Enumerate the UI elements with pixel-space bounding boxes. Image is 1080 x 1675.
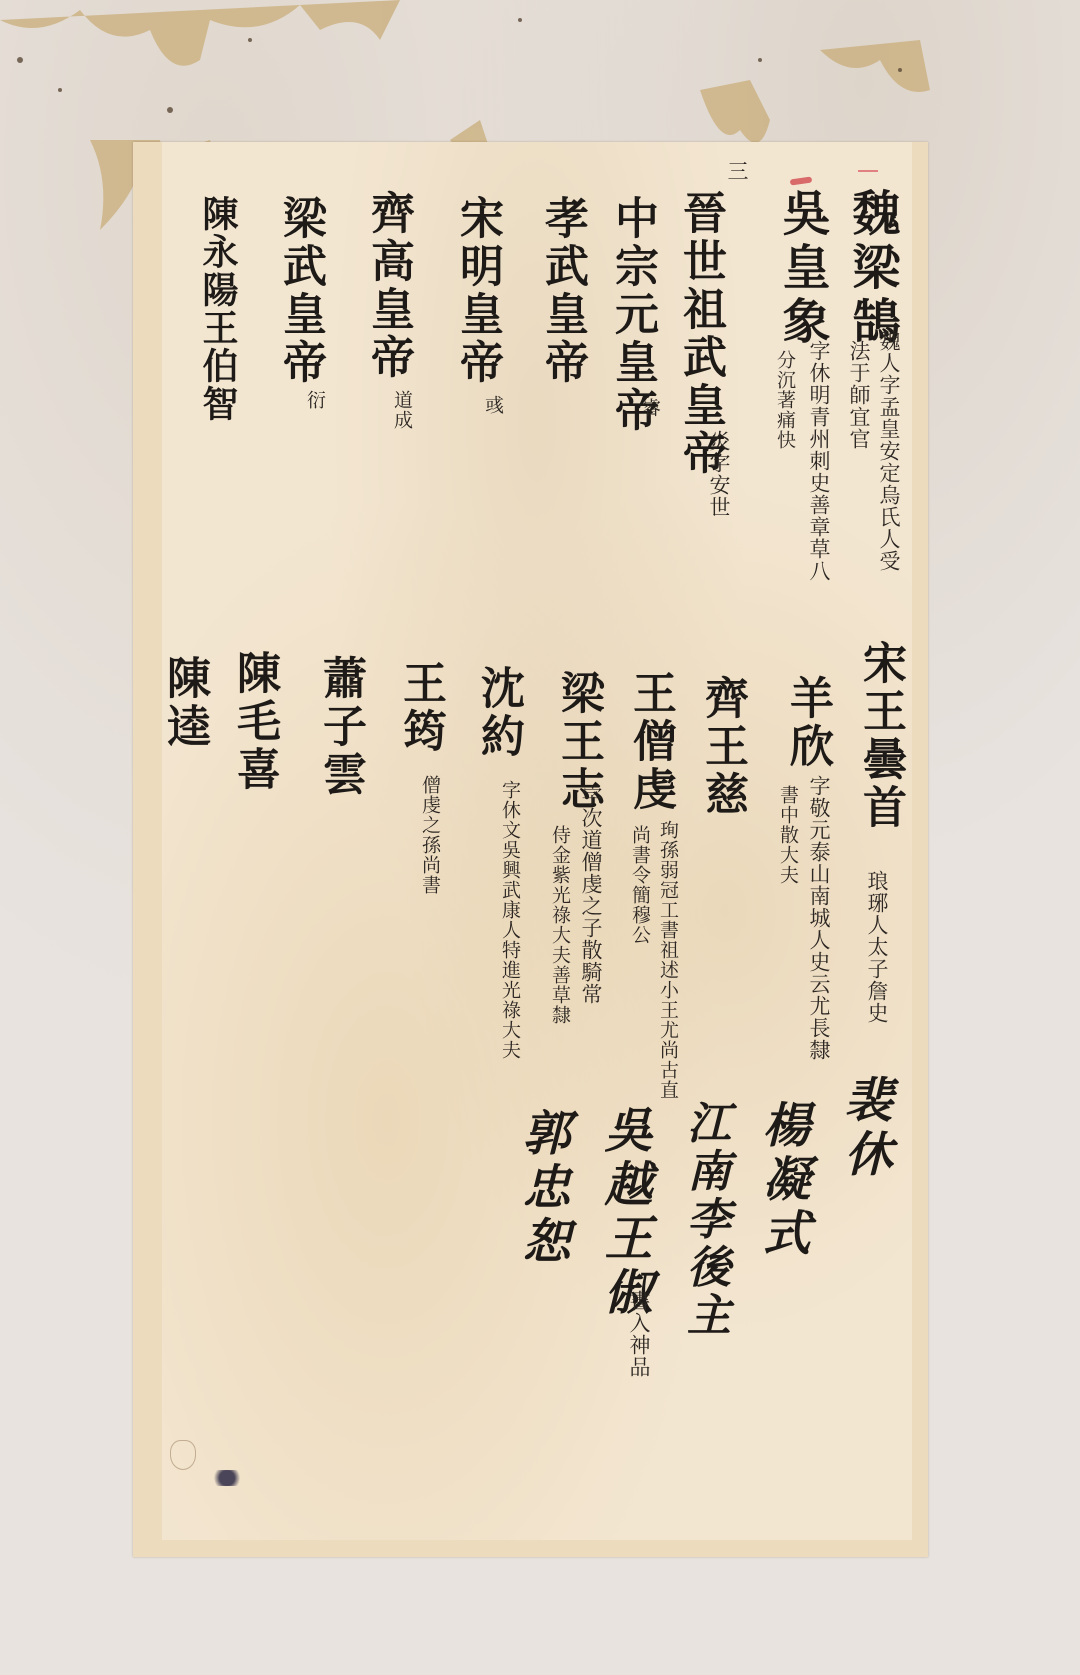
- entry-note: 法于師宜官: [848, 340, 869, 450]
- entry-note: 珣孫弱冠工書祖述小王尤尚古直: [658, 820, 677, 1100]
- entry-note: 侍金紫光祿大夫善草隸: [550, 825, 569, 1025]
- entry-name: 孝武皇帝: [540, 195, 584, 387]
- entry-name: 梁武皇帝: [278, 195, 322, 387]
- section-marker: 三: [726, 160, 747, 182]
- entry-name: 宋王曇首: [858, 640, 902, 832]
- entry-note: 書中散大夫: [778, 785, 797, 885]
- entry-note: 字休明青州刺史善章草八: [808, 340, 829, 582]
- entry-note: 書入神品: [628, 1290, 649, 1378]
- entry-name: 郭忠恕: [518, 1108, 566, 1270]
- red-margin-line: [858, 170, 878, 172]
- entry-note: 字敬元泰山南城人史云尤長隸: [808, 775, 829, 1061]
- entry-name: 陳毛喜: [232, 650, 276, 794]
- entry-name: 齊高皇帝: [366, 190, 410, 382]
- entry-name: 羊欣: [785, 675, 829, 771]
- entry-note: 魏人字孟皇安定烏氏人受: [878, 330, 899, 572]
- entry-note: 彧: [483, 395, 502, 415]
- ink-blot: [210, 1470, 244, 1486]
- entry-note: 尚書令簡穆公: [630, 825, 649, 945]
- entry-name: 江南李後主: [682, 1100, 726, 1340]
- entry-name: 魏梁鵠: [848, 188, 896, 350]
- entry-name: 陳逵: [162, 655, 206, 751]
- entry-name: 王筠: [398, 660, 442, 756]
- entry-note: 炎字安世: [708, 430, 729, 518]
- entry-name: 宋明皇帝: [455, 195, 499, 387]
- entry-note: 琅琊人太子詹史: [866, 870, 887, 1024]
- entry-name: 王僧虔: [628, 670, 672, 814]
- entry-name: 齊王慈: [700, 675, 744, 819]
- entry-name: 陳永陽王伯智: [200, 195, 236, 423]
- entry-name: 蕭子雲: [318, 655, 362, 799]
- entry-name: 吳皇象: [778, 188, 826, 350]
- entry-name: 裴休: [840, 1075, 888, 1183]
- entry-note: 衍: [305, 390, 324, 410]
- entry-name: 沈約: [476, 665, 520, 761]
- entry-name: 楊凝式: [758, 1100, 806, 1262]
- entry-note: 分沉著痛快: [775, 350, 794, 450]
- entry-note: 道成: [392, 390, 411, 430]
- entry-note: 字休文吳興武康人特進光祿大夫: [500, 780, 519, 1060]
- entry-name: 吳越王俶: [600, 1105, 648, 1321]
- faint-seal-mark: [170, 1440, 196, 1470]
- entry-note: 字次道僧虔之子散騎常: [580, 785, 601, 1005]
- entry-note: 僧虔之孫尚書: [420, 775, 439, 895]
- entry-note: 睿: [640, 398, 659, 418]
